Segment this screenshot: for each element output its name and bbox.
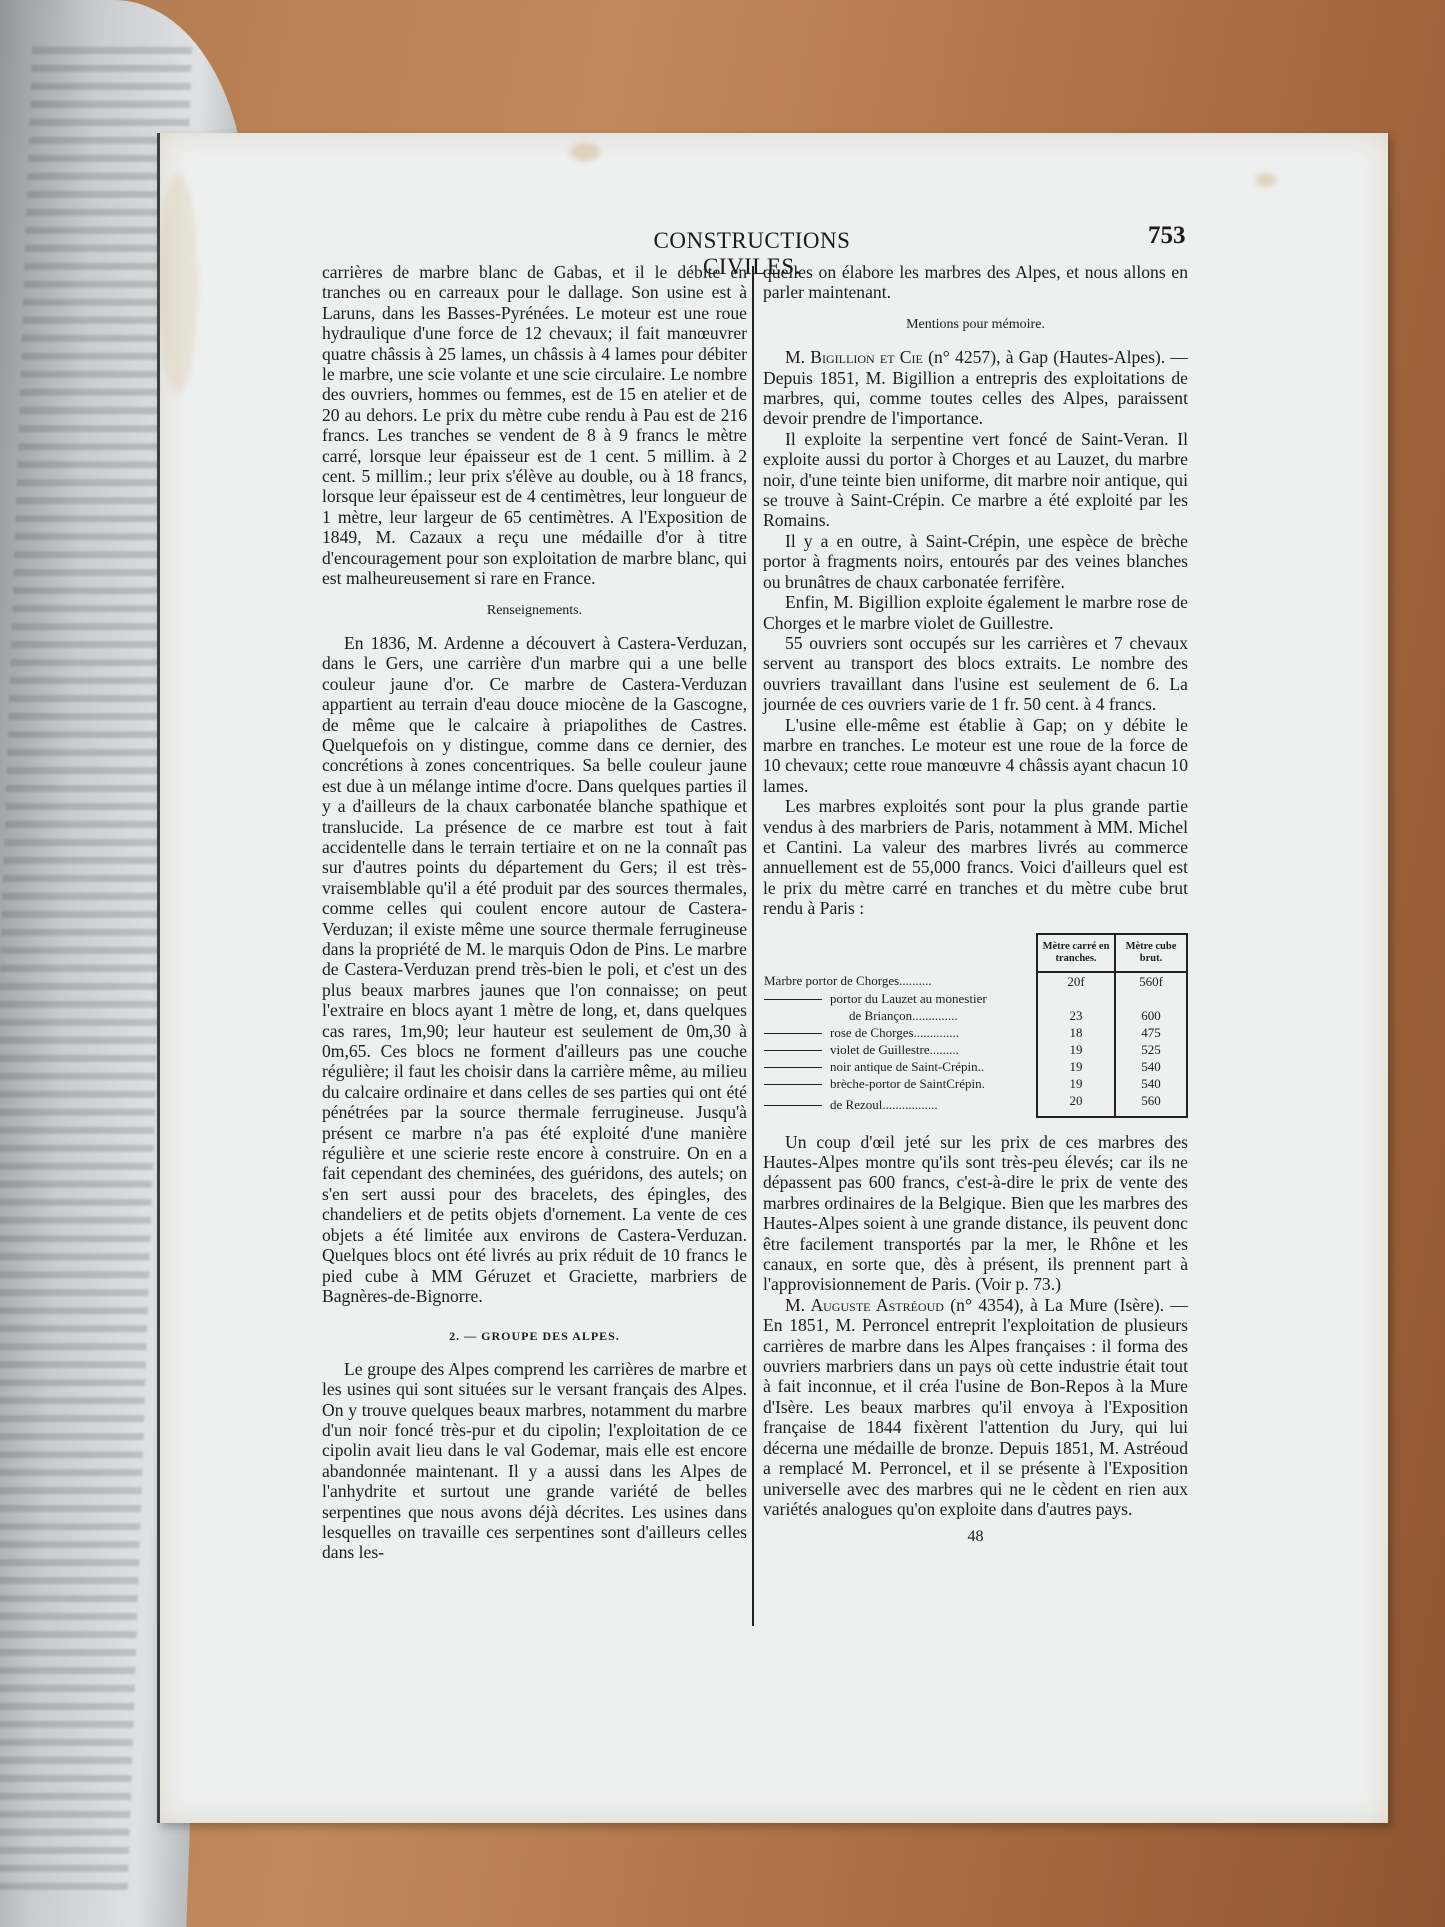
section-heading-renseignements: Renseignements. xyxy=(322,601,747,621)
entry-astreoud: M. Auguste Astréoud (n° 4354), à La Mure… xyxy=(763,1295,1188,1519)
column-divider xyxy=(752,266,754,1626)
table-row: violet de Guillestre......... 19 525 xyxy=(763,1041,1187,1058)
table-row: portor du Lauzet au monestier xyxy=(763,990,1187,1007)
paragraph: 55 ouvriers sont occupés sur les carrièr… xyxy=(763,633,1188,715)
column-header-m3: Mètre cube brut. xyxy=(1115,934,1187,972)
section-heading-groupe-des-alpes: 2. — GROUPE DES ALPES. xyxy=(322,1326,747,1346)
signature-mark: 48 xyxy=(763,1527,1188,1547)
foxing-stain xyxy=(570,143,600,161)
section-heading-mentions: Mentions pour mémoire. xyxy=(763,315,1188,335)
paragraph: En 1836, M. Ardenne a découvert à Caster… xyxy=(322,633,747,1306)
ditto-dash xyxy=(764,1067,822,1068)
table-row: rose de Chorges.............. 18 475 xyxy=(763,1024,1187,1041)
table-row: de Rezoul................. 20 560 xyxy=(763,1092,1187,1117)
table-row: de Briançon.............. 23 600 xyxy=(763,1007,1187,1024)
exhibitor-name: M. Bigillion et Cie xyxy=(785,347,923,367)
left-text-column: carrières de marbre blanc de Gabas, et i… xyxy=(322,262,747,1563)
page-number: 753 xyxy=(1148,222,1186,250)
table-row: Marbre portor de Chorges.......... 20f 5… xyxy=(763,972,1187,990)
paragraph: L'usine elle-même est établie à Gap; on … xyxy=(763,715,1188,797)
ditto-dash xyxy=(764,999,822,1000)
entry-bigillion: M. Bigillion et Cie (n° 4257), à Gap (Ha… xyxy=(763,347,1188,429)
paragraph: carrières de marbre blanc de Gabas, et i… xyxy=(322,262,747,589)
foxing-stain xyxy=(1255,173,1277,187)
paragraph: Les marbres exploités sont pour la plus … xyxy=(763,796,1188,918)
paragraph: Enfin, M. Bigillion exploite également l… xyxy=(763,592,1188,633)
paragraph: Il exploite la serpentine vert foncé de … xyxy=(763,429,1188,531)
ditto-dash xyxy=(764,1033,822,1034)
paragraph: Il y a en outre, à Saint-Crépin, une esp… xyxy=(763,531,1188,592)
paragraph: Le groupe des Alpes comprend les carrièr… xyxy=(322,1359,747,1563)
foxing-stain xyxy=(158,173,198,393)
ditto-dash xyxy=(764,1105,822,1106)
table-row: noir antique de Saint-Crépin.. 19 540 xyxy=(763,1058,1187,1075)
exhibitor-name: M. Auguste Astréoud xyxy=(785,1295,944,1315)
column-header-m2: Mètre carré en tranches. xyxy=(1037,934,1115,972)
paragraph: Un coup d'œil jeté sur les prix de ces m… xyxy=(763,1132,1188,1295)
table-row: brèche-portor de SaintCrépin. 19 540 xyxy=(763,1075,1187,1092)
paragraph: quelles on élabore les marbres des Alpes… xyxy=(763,262,1188,303)
ditto-dash xyxy=(764,1084,822,1085)
right-text-column: quelles on élabore les marbres des Alpes… xyxy=(763,262,1188,1548)
ditto-dash xyxy=(764,1050,822,1051)
marble-price-table: Mètre carré en tranches. Mètre cube brut… xyxy=(763,933,1188,1118)
